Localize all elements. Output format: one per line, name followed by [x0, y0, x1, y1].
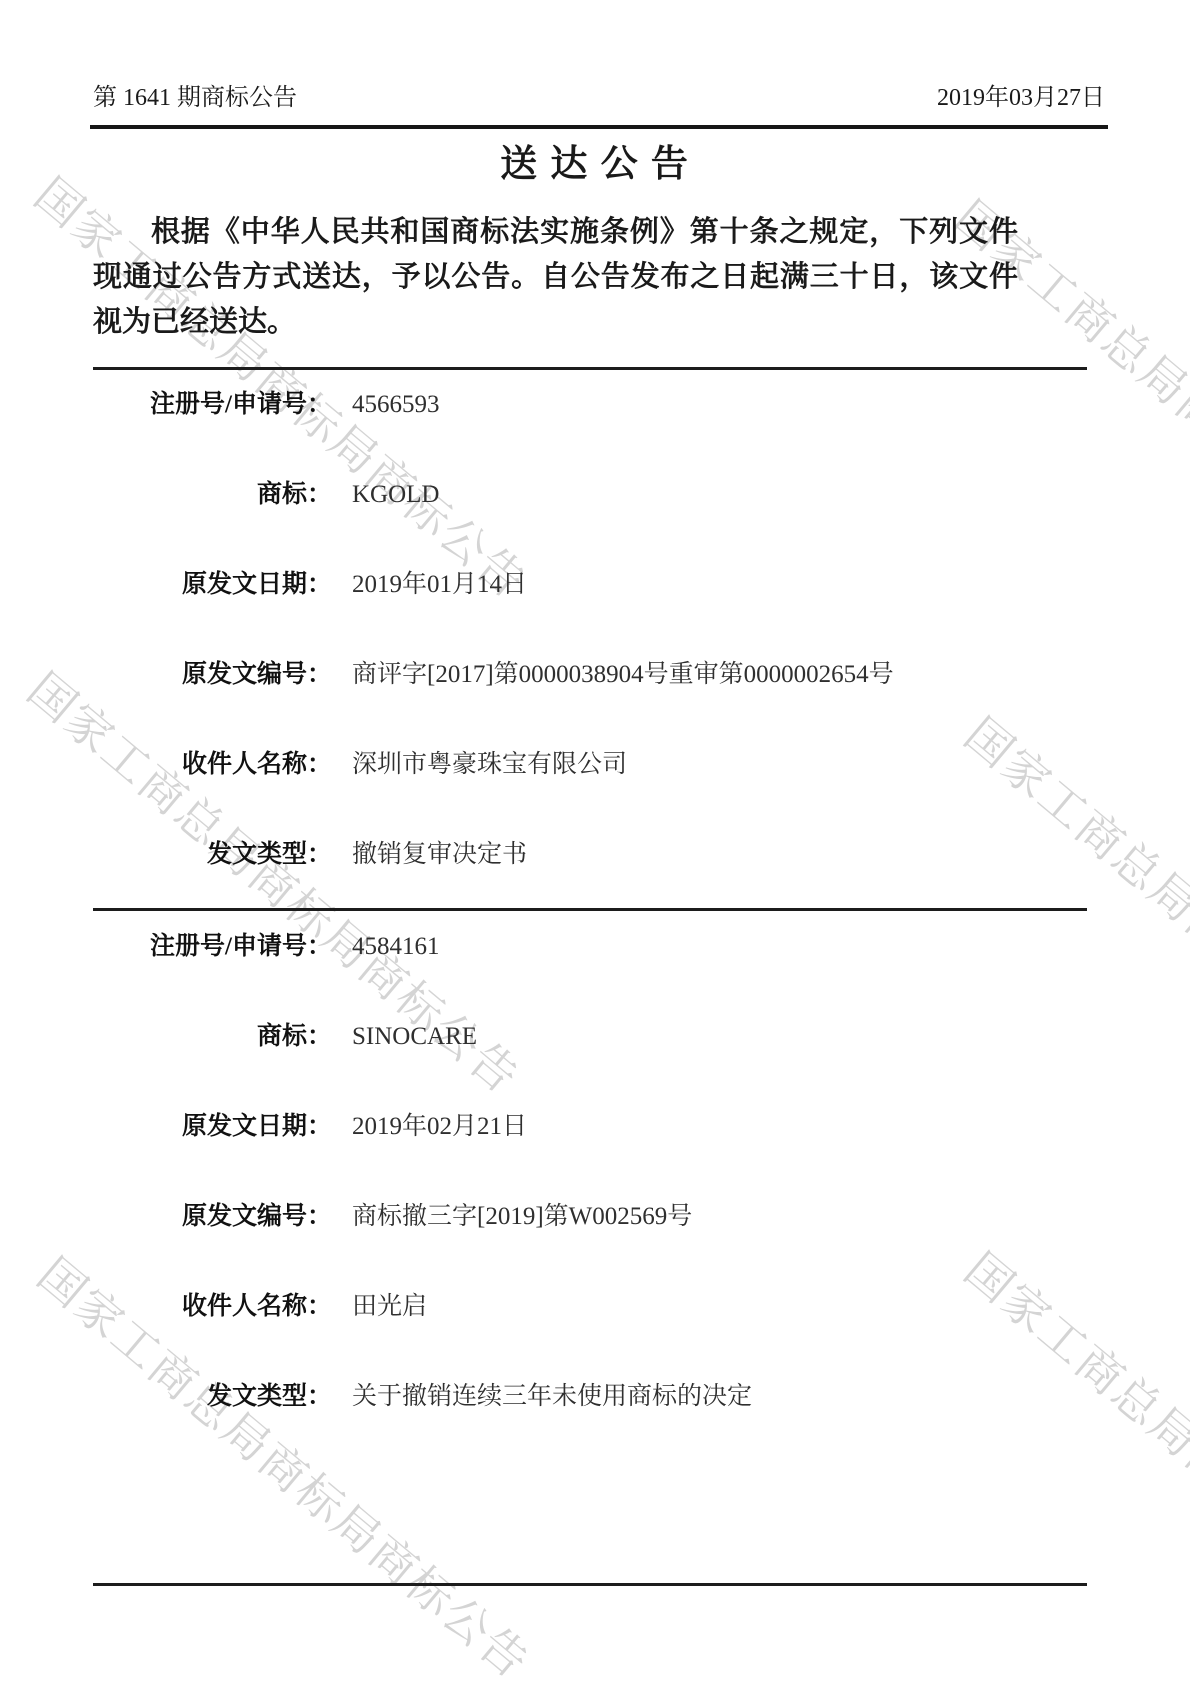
page-title: 送 达 公 告 [0, 145, 1190, 185]
table-row: 原发文日期： 2019年01月14日 [0, 568, 1190, 601]
trademark-label: 商标： [93, 1020, 332, 1053]
registration-number-value: 4566593 [352, 388, 440, 421]
recipient-name-label: 收件人名称： [93, 748, 332, 781]
page-header: 第 1641 期商标公告 2019年03月27日 [0, 0, 1190, 113]
gazette-issue-label: 第 1641 期商标公告 [93, 83, 297, 113]
recipient-name-label: 收件人名称： [93, 1290, 332, 1323]
document-type-value: 撤销复审决定书 [352, 838, 527, 871]
table-row: 发文类型： 撤销复审决定书 [0, 838, 1190, 871]
recipient-name-value: 深圳市粤豪珠宝有限公司 [352, 748, 627, 781]
page-bottom-divider [93, 1583, 1087, 1586]
original-issue-date-value: 2019年01月14日 [352, 568, 527, 601]
gazette-date-label: 2019年03月27日 [937, 83, 1105, 113]
registration-number-value: 4584161 [352, 930, 440, 963]
original-issue-date-label: 原发文日期： [93, 568, 332, 601]
intro-paragraph: 根据《中华人民共和国商标法实施条例》第十条之规定，下列文件现通过公告方式送达，予… [93, 210, 1018, 345]
table-row: 注册号/申请号： 4584161 [0, 930, 1190, 963]
document-type-label: 发文类型： [93, 1380, 332, 1413]
recipient-name-value: 田光启 [352, 1290, 427, 1323]
document-type-label: 发文类型： [93, 838, 332, 871]
table-row: 商标： KGOLD [0, 478, 1190, 511]
header-divider [90, 125, 1108, 129]
record-2: 注册号/申请号： 4584161 商标： SINOCARE 原发文日期： 201… [0, 911, 1190, 1413]
original-document-number-value: 商评字[2017]第0000038904号重审第0000002654号 [352, 658, 894, 691]
original-document-number-label: 原发文编号： [93, 1200, 332, 1233]
gazette-page: 第 1641 期商标公告 2019年03月27日 送 达 公 告 根据《中华人民… [0, 0, 1190, 1586]
table-row: 收件人名称： 深圳市粤豪珠宝有限公司 [0, 748, 1190, 781]
table-row: 原发文日期： 2019年02月21日 [0, 1110, 1190, 1143]
trademark-label: 商标： [93, 478, 332, 511]
original-document-number-label: 原发文编号： [93, 658, 332, 691]
table-row: 注册号/申请号： 4566593 [0, 388, 1190, 421]
document-type-value: 关于撤销连续三年未使用商标的决定 [352, 1380, 752, 1413]
trademark-value: KGOLD [352, 478, 440, 511]
registration-number-label: 注册号/申请号： [93, 930, 332, 963]
table-row: 原发文编号： 商标撤三字[2019]第W002569号 [0, 1200, 1190, 1233]
table-row: 原发文编号： 商评字[2017]第0000038904号重审第000000265… [0, 658, 1190, 691]
original-issue-date-value: 2019年02月21日 [352, 1110, 527, 1143]
table-row: 商标： SINOCARE [0, 1020, 1190, 1053]
table-row: 收件人名称： 田光启 [0, 1290, 1190, 1323]
trademark-value: SINOCARE [352, 1020, 477, 1053]
table-row: 发文类型： 关于撤销连续三年未使用商标的决定 [0, 1380, 1190, 1413]
record-1: 注册号/申请号： 4566593 商标： KGOLD 原发文日期： 2019年0… [0, 370, 1190, 871]
registration-number-label: 注册号/申请号： [93, 388, 332, 421]
original-document-number-value: 商标撤三字[2019]第W002569号 [352, 1200, 692, 1233]
original-issue-date-label: 原发文日期： [93, 1110, 332, 1143]
